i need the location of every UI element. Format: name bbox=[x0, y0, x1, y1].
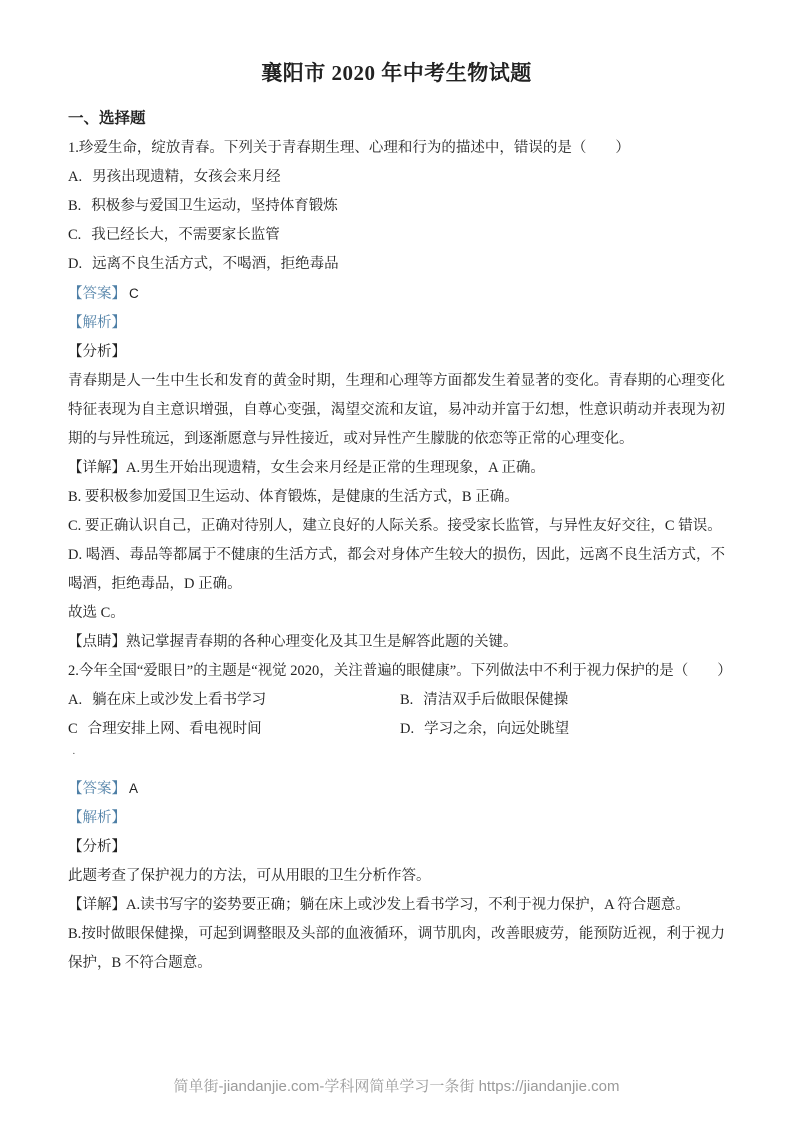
q2-option-b: B.清洁双手后做眼保健操 bbox=[400, 686, 725, 715]
jiexi-tag: 【解析】 bbox=[68, 315, 126, 331]
page-title: 襄阳市 2020 年中考生物试题 bbox=[68, 56, 725, 90]
option-label: B. bbox=[68, 198, 81, 214]
option-text: 男孩出现遗精，女孩会来月经 bbox=[92, 169, 281, 185]
q2-detail-a: A.读书写字的姿势要正确；躺在床上或沙发上看书学习，不利于视力保护，A 符合题意… bbox=[126, 897, 690, 913]
spacer bbox=[68, 764, 725, 774]
q1-answer-line: 【答案】C bbox=[68, 279, 725, 309]
q2-answer: A bbox=[129, 781, 138, 796]
fenxi-tag: 【分析】 bbox=[68, 344, 126, 360]
fenxi-tag: 【分析】 bbox=[68, 839, 126, 855]
q1-dianjing-line: 【点睛】熟记掌握青春期的各种心理变化及其卫生是解答此题的关键。 bbox=[68, 628, 725, 657]
q1-detail-d: D. 喝酒、毒品等都属于不健康的生活方式，都会对身体产生较大的损伤，因此，远离不… bbox=[68, 541, 725, 599]
q2-answer-line: 【答案】A bbox=[68, 774, 725, 804]
answer-tag: 【答案】 bbox=[68, 286, 126, 302]
option-label: C. bbox=[68, 227, 81, 243]
jiexi-tag: 【解析】 bbox=[68, 810, 126, 826]
q2-detail-first-line: 【详解】A.读书写字的姿势要正确；躺在床上或沙发上看书学习，不利于视力保护，A … bbox=[68, 891, 725, 920]
option-label: A. bbox=[68, 692, 82, 708]
section-header: 一、选择题 bbox=[68, 104, 725, 134]
q1-jiexi-line: 【解析】 bbox=[68, 309, 725, 338]
q2-fenxi-line: 【分析】 bbox=[68, 833, 725, 862]
q1-stem: 1.珍爱生命，绽放青春。下列关于青春期生理、心理和行为的描述中，错误的是（ ） bbox=[68, 134, 725, 163]
q1-fenxi-text: 青春期是人一生中生长和发育的黄金时期，生理和心理等方面都发生着显著的变化。青春期… bbox=[68, 367, 725, 454]
q1-detail-b: B. 要积极参加爱国卫生运动、体育锻炼，是健康的生活方式，B 正确。 bbox=[68, 483, 725, 512]
q2-jiexi-line: 【解析】 bbox=[68, 804, 725, 833]
watermark-footer: 简单街-jiandanjie.com-学科网简单学习一条街 https://ji… bbox=[0, 1075, 793, 1096]
q1-conclusion: 故选 C。 bbox=[68, 599, 725, 628]
q1-fenxi-line: 【分析】 bbox=[68, 338, 725, 367]
q1-option-d: D.远离不良生活方式，不喝酒，拒绝毒品 bbox=[68, 250, 725, 279]
q2-option-d: D.学习之余，向远处眺望 bbox=[400, 715, 725, 744]
q2-detail-b: B.按时做眼保健操，可起到调整眼及头部的血液循环，调节肌肉，改善眼疲劳，能预防近… bbox=[68, 920, 725, 978]
answer-tag: 【答案】 bbox=[68, 781, 126, 797]
q2-option-c: C合理安排上网、看电视时间 bbox=[68, 715, 400, 744]
document-content: 襄阳市 2020 年中考生物试题 一、选择题 1.珍爱生命，绽放青春。下列关于青… bbox=[0, 56, 793, 978]
option-text: 合理安排上网、看电视时间 bbox=[88, 721, 262, 737]
dianjing-tag: 【点睛】 bbox=[68, 634, 126, 650]
option-text: 我已经长大，不需要家长监管 bbox=[91, 227, 280, 243]
q1-answer: C bbox=[129, 286, 139, 301]
q2-option-a: A.躺在床上或沙发上看书学习 bbox=[68, 686, 400, 715]
option-text: 积极参与爱国卫生运动，坚持体育锻炼 bbox=[91, 198, 338, 214]
option-label: D. bbox=[400, 721, 414, 737]
q1-option-b: B.积极参与爱国卫生运动，坚持体育锻炼 bbox=[68, 192, 725, 221]
option-text: 清洁双手后做眼保健操 bbox=[423, 692, 568, 708]
option-text: 远离不良生活方式，不喝酒，拒绝毒品 bbox=[92, 256, 339, 272]
q2-options-grid: A.躺在床上或沙发上看书学习 B.清洁双手后做眼保健操 C合理安排上网、看电视时… bbox=[68, 686, 725, 744]
option-label: A. bbox=[68, 169, 82, 185]
q1-detail-a: A.男生开始出现遗精，女生会来月经是正常的生理现象，A 正确。 bbox=[126, 460, 545, 476]
q1-option-a: A.男孩出现遗精，女孩会来月经 bbox=[68, 163, 725, 192]
option-label: B. bbox=[400, 692, 413, 708]
option-label: C bbox=[68, 721, 78, 737]
q2-fenxi-text: 此题考查了保护视力的方法，可从用眼的卫生分析作答。 bbox=[68, 862, 725, 891]
q1-detail-first-line: 【详解】A.男生开始出现遗精，女生会来月经是正常的生理现象，A 正确。 bbox=[68, 454, 725, 483]
q1-detail-c: C. 要正确认识自己，正确对待别人，建立良好的人际关系。接受家长监管，与异性友好… bbox=[68, 512, 725, 541]
q1-dianjing-text: 熟记掌握青春期的各种心理变化及其卫生是解答此题的关键。 bbox=[126, 634, 518, 650]
option-text: 学习之余，向远处眺望 bbox=[424, 721, 569, 737]
q2-stem: 2.今年全国“爱眼日”的主题是“视觉 2020，关注普遍的眼健康”。下列做法中不… bbox=[68, 657, 725, 686]
option-text: 躺在床上或沙发上看书学习 bbox=[92, 692, 266, 708]
xiangjie-tag: 【详解】 bbox=[68, 460, 126, 476]
q1-option-c: C.我已经长大，不需要家长监管 bbox=[68, 221, 725, 250]
exam-document-page: 襄阳市 2020 年中考生物试题 一、选择题 1.珍爱生命，绽放青春。下列关于青… bbox=[0, 0, 793, 1122]
option-label: D. bbox=[68, 256, 82, 272]
xiangjie-tag: 【详解】 bbox=[68, 897, 126, 913]
stray-mark: · bbox=[72, 744, 725, 764]
